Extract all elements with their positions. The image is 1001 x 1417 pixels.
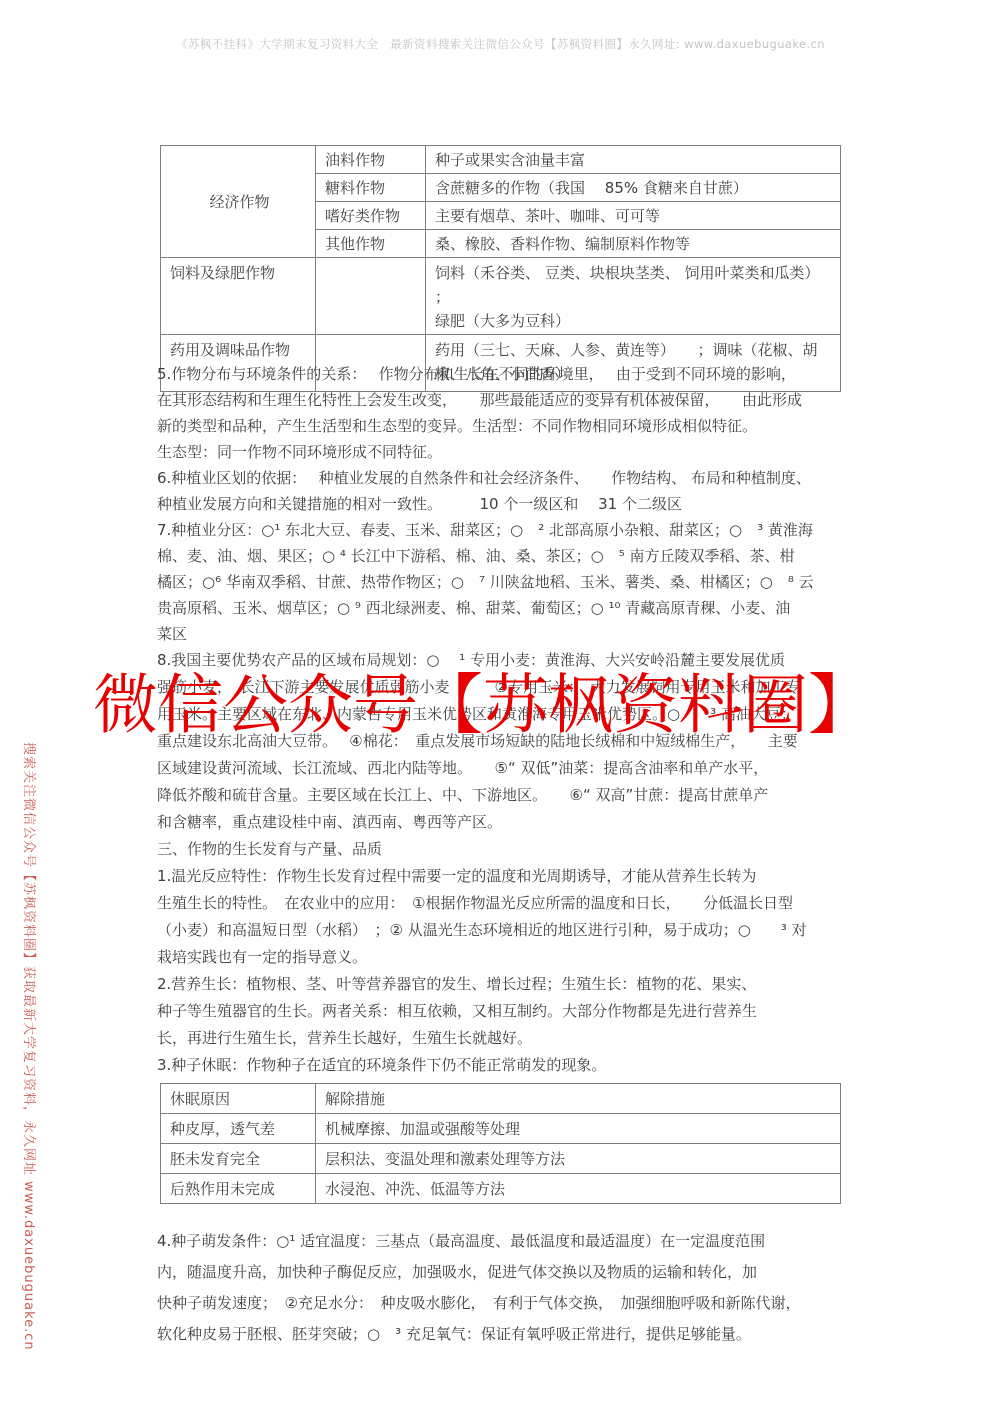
table-header-dormancy-cause: 休眠原因: [161, 1084, 316, 1114]
table-cell-type: 嗜好类作物: [316, 202, 426, 230]
table-cell-type: 其他作物: [316, 230, 426, 258]
seed-dormancy-table: 休眠原因 解除措施 种皮厚，透气差 机械摩擦、加温或强酸等处理 胚未发育完全 层…: [160, 1083, 841, 1204]
table-cell-type: 油料作物: [316, 146, 426, 174]
paragraph-2-vegetative-growth: 2.营养生长：植物根、茎、叶等营养器官的发生、增长过程；生殖生长：植物的花、果实…: [157, 971, 857, 1052]
table-cell-desc: 含蔗糖多的作物（我国 85% 食糖来自甘蔗）: [426, 174, 841, 202]
document-page: 《苏枫不挂科》大学期末复习资料大全 最新资料搜索关注微信公众号【苏枫资料圈】永久…: [0, 0, 1001, 1417]
table-cell-cause: 后熟作用未完成: [161, 1174, 316, 1204]
paragraph-1-thermo-photo-response: 1.温光反应特性：作物生长发育过程中需要一定的温度和光周期诱导，才能从营养生长转…: [157, 863, 857, 971]
paragraph-4-germination-conditions: 4.种子萌发条件：○¹ 适宜温度：三基点（最高温度、最低温度和最适温度）在一定温…: [157, 1226, 857, 1350]
table-cell-cause: 胚未发育完全: [161, 1144, 316, 1174]
paragraph-6-zoning-basis: 6.种植业区划的依据： 种植业发展的自然条件和社会经济条件、 作物结构、 布局和…: [157, 465, 857, 517]
table-cell-empty: [316, 258, 426, 335]
page-header-watermark-text: 《苏枫不挂科》大学期末复习资料大全 最新资料搜索关注微信公众号【苏枫资料圈】永久…: [0, 36, 1001, 52]
table-header-release-measure: 解除措施: [316, 1084, 841, 1114]
table-cell-type: 糖料作物: [316, 174, 426, 202]
table-cell-measure: 水浸泡、冲洗、低温等方法: [316, 1174, 841, 1204]
table-cell-desc: 桑、橡胶、香料作物、编制原料作物等: [426, 230, 841, 258]
table-cell-group-label: 经济作物: [161, 146, 316, 258]
red-watermark-vertical: 搜索关注微信公众号【苏枫资料圈】获取最新大学复习资料，永久网址 www.daxu…: [21, 742, 40, 1351]
table-cell-desc: 主要有烟草、茶叶、咖啡、可可等: [426, 202, 841, 230]
red-watermark-horizontal: 微信公众号【苏枫资料圈】: [93, 652, 873, 746]
table-cell-measure: 机械摩擦、加温或强酸等处理: [316, 1114, 841, 1144]
table-cell-measure: 层积法、变温处理和激素处理等方法: [316, 1144, 841, 1174]
paragraph-7-planting-zones: 7.种植业分区：○¹ 东北大豆、春麦、玉米、甜菜区；○ ² 北部高原小杂粮、甜菜…: [157, 517, 857, 647]
section-heading-growth-yield-quality: 三、作物的生长发育与产量、品质: [157, 836, 857, 863]
table-cell-cause: 种皮厚，透气差: [161, 1114, 316, 1144]
table-cell-desc: 种子或果实含油量丰富: [426, 146, 841, 174]
paragraph-3-seed-dormancy: 3.种子休眠：作物种子在适宜的环境条件下仍不能正常萌发的现象。: [157, 1052, 857, 1079]
table-cell-desc: 饲料（禾谷类、 豆类、块根块茎类、 饲用叶菜类和瓜类） ； 绿肥（大多为豆科）: [426, 258, 841, 335]
paragraph-5-crop-distribution: 5.作物分布与环境条件的关系： 作物分布和生长在不同的环境里， 由于受到不同环境…: [157, 361, 857, 465]
table-cell-label: 饲料及绿肥作物: [161, 258, 316, 335]
crop-classification-table: 经济作物 油料作物 种子或果实含油量丰富 糖料作物 含蔗糖多的作物（我国 85%…: [160, 145, 841, 392]
body-text-column: 5.作物分布与环境条件的关系： 作物分布和生长在不同的环境里， 由于受到不同环境…: [157, 361, 857, 1350]
